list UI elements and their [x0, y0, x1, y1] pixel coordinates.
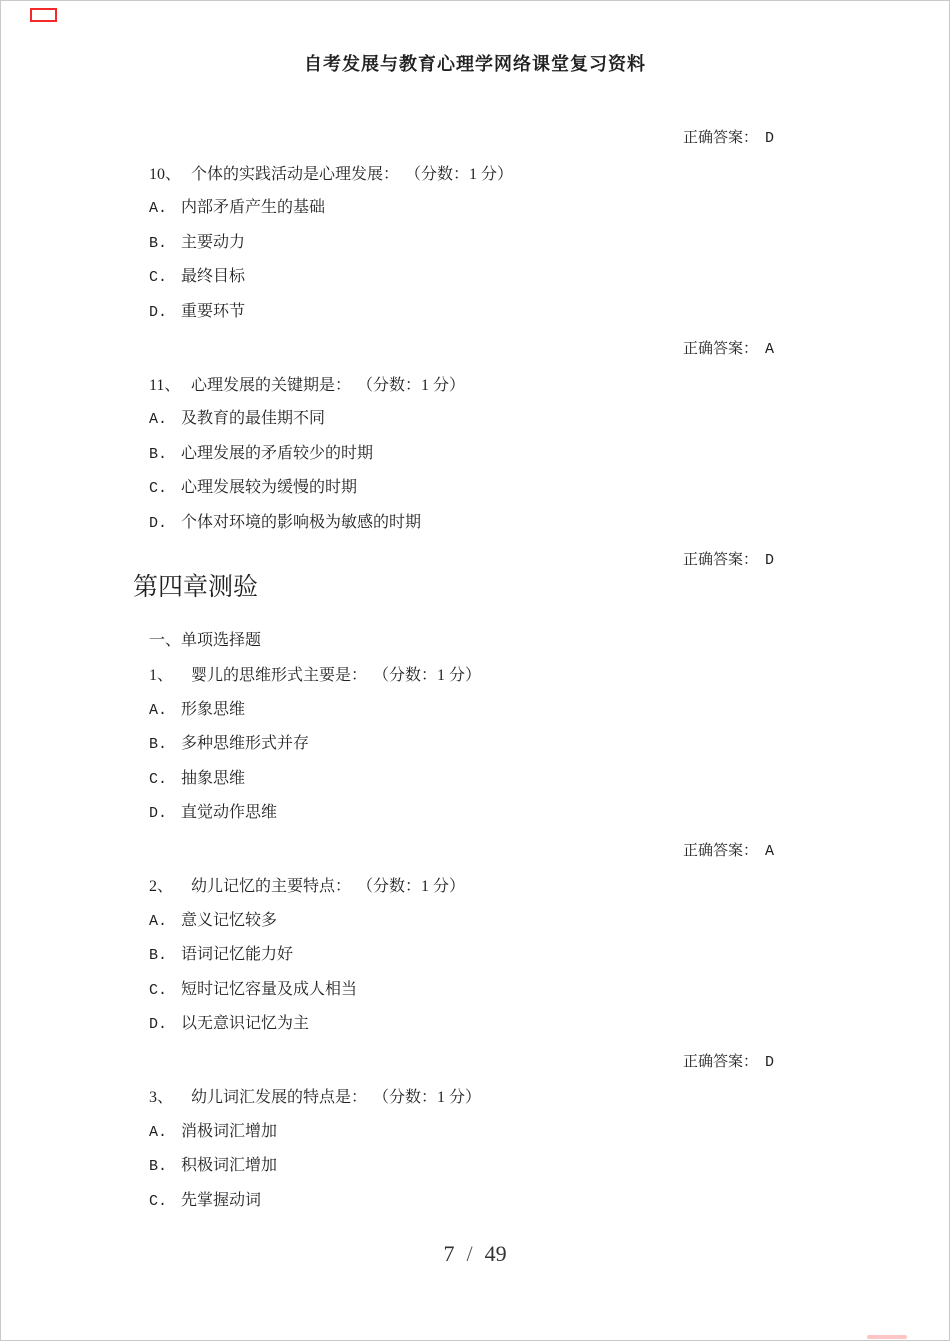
- question-number: 11、: [149, 369, 183, 403]
- question-score: （分数：1 分）: [413, 166, 513, 183]
- answer-label: 正确答案：: [683, 1054, 758, 1070]
- answer-label: 正确答案：: [683, 552, 758, 568]
- question-stem: 幼儿记忆的主要特点：: [191, 878, 351, 895]
- option-label: D.: [149, 797, 171, 831]
- option-text: 以无意识记忆为主: [181, 1015, 309, 1032]
- option-label: A.: [149, 694, 171, 728]
- option-text: 抽象思维: [181, 770, 245, 787]
- option-row: A.消极词汇增加: [149, 1115, 774, 1150]
- option-label: C.: [149, 1185, 171, 1219]
- option-text: 短时记忆容量及成人相当: [181, 981, 357, 998]
- option-row: D.以无意识记忆为主: [149, 1007, 774, 1042]
- question-block: 11、心理发展的关键期是：（分数：1 分） A.及教育的最佳期不同 B.心理发展…: [149, 369, 774, 578]
- option-row: D.重要环节: [149, 295, 774, 330]
- option-row: C.抽象思维: [149, 762, 774, 797]
- option-text: 意义记忆较多: [181, 912, 277, 929]
- question-stem: 幼儿词汇发展的特点是：: [191, 1089, 367, 1106]
- question-score: （分数：1 分）: [381, 667, 481, 684]
- option-row: B.多种思维形式并存: [149, 727, 774, 762]
- option-label: B.: [149, 227, 171, 261]
- option-text: 个体对环境的影响极为敏感的时期: [181, 514, 421, 531]
- question-number: 3、: [149, 1081, 183, 1115]
- answer-line: 正确答案：A: [149, 333, 774, 367]
- question-stem-line: 2、幼儿记忆的主要特点：（分数：1 分）: [149, 870, 774, 904]
- option-row: A.意义记忆较多: [149, 904, 774, 939]
- section-type-label: 一、单项选择题: [149, 624, 774, 658]
- question-block: 10、个体的实践活动是心理发展：（分数：1 分） A.内部矛盾产生的基础 B.主…: [149, 158, 774, 367]
- question-score: （分数：1 分）: [365, 377, 465, 394]
- question-stem: 婴儿的思维形式主要是：: [191, 667, 367, 684]
- question-stem-line: 1、婴儿的思维形式主要是：（分数：1 分）: [149, 659, 774, 693]
- option-label: B.: [149, 939, 171, 973]
- answer-line: 正确答案：D: [149, 1046, 774, 1080]
- option-row: D.直觉动作思维: [149, 796, 774, 831]
- answer-line: 正确答案：A: [149, 835, 774, 869]
- question-score: （分数：1 分）: [381, 1089, 481, 1106]
- option-text: 及教育的最佳期不同: [181, 410, 325, 427]
- option-label: C.: [149, 472, 171, 506]
- option-text: 重要环节: [181, 303, 245, 320]
- option-label: A.: [149, 1116, 171, 1150]
- option-row: C.最终目标: [149, 260, 774, 295]
- option-label: D.: [149, 296, 171, 330]
- option-label: C.: [149, 763, 171, 797]
- option-row: B.积极词汇增加: [149, 1149, 774, 1184]
- option-row: A.形象思维: [149, 693, 774, 728]
- page-number-indicator: 7/49: [1, 1240, 949, 1268]
- question-block: 3、幼儿词汇发展的特点是：（分数：1 分） A.消极词汇增加 B.积极词汇增加 …: [149, 1081, 774, 1218]
- option-row: D.个体对环境的影响极为敏感的时期: [149, 506, 774, 541]
- chapter-heading: 第四章测验: [133, 568, 774, 608]
- answer-label: 正确答案：: [683, 130, 758, 146]
- page-separator: /: [466, 1241, 472, 1266]
- option-row: A.内部矛盾产生的基础: [149, 191, 774, 226]
- answer-value: A: [765, 843, 774, 860]
- question-stem-line: 10、个体的实践活动是心理发展：（分数：1 分）: [149, 158, 774, 192]
- option-text: 主要动力: [181, 234, 245, 251]
- question-block: 2、幼儿记忆的主要特点：（分数：1 分） A.意义记忆较多 B.语词记忆能力好 …: [149, 870, 774, 1079]
- option-text: 心理发展的矛盾较少的时期: [181, 445, 373, 462]
- option-row: B.主要动力: [149, 226, 774, 261]
- option-label: D.: [149, 507, 171, 541]
- option-label: C.: [149, 974, 171, 1008]
- question-block: 1、婴儿的思维形式主要是：（分数：1 分） A.形象思维 B.多种思维形式并存 …: [149, 659, 774, 868]
- option-row: C.先掌握动词: [149, 1184, 774, 1219]
- answer-value: D: [765, 130, 774, 147]
- option-label: B.: [149, 438, 171, 472]
- option-row: B.语词记忆能力好: [149, 938, 774, 973]
- option-label: B.: [149, 728, 171, 762]
- option-row: C.短时记忆容量及成人相当: [149, 973, 774, 1008]
- answer-label: 正确答案：: [683, 341, 758, 357]
- option-label: D.: [149, 1008, 171, 1042]
- option-label: C.: [149, 261, 171, 295]
- option-row: C.心理发展较为缓慢的时期: [149, 471, 774, 506]
- document-page: 自考发展与教育心理学网络课堂复习资料 正确答案：D 10、个体的实践活动是心理发…: [0, 0, 950, 1341]
- option-text: 积极词汇增加: [181, 1157, 277, 1174]
- document-title: 自考发展与教育心理学网络课堂复习资料: [1, 51, 949, 77]
- option-label: A.: [149, 403, 171, 437]
- question-number: 10、: [149, 158, 183, 192]
- document-body: 正确答案：D 10、个体的实践活动是心理发展：（分数：1 分） A.内部矛盾产生…: [1, 122, 949, 1218]
- question-stem-line: 3、幼儿词汇发展的特点是：（分数：1 分）: [149, 1081, 774, 1115]
- answer-label: 正确答案：: [683, 843, 758, 859]
- question-score: （分数：1 分）: [365, 878, 465, 895]
- red-stamp-box-icon: [30, 8, 57, 22]
- option-text: 消极词汇增加: [181, 1123, 277, 1140]
- option-text: 多种思维形式并存: [181, 735, 309, 752]
- option-text: 最终目标: [181, 268, 245, 285]
- option-row: A.及教育的最佳期不同: [149, 402, 774, 437]
- option-row: B.心理发展的矛盾较少的时期: [149, 437, 774, 472]
- option-label: A.: [149, 192, 171, 226]
- total-page-count: 49: [485, 1241, 507, 1266]
- answer-value: D: [765, 552, 774, 569]
- option-text: 先掌握动词: [181, 1192, 261, 1209]
- option-text: 语词记忆能力好: [181, 946, 293, 963]
- answer-value: A: [765, 341, 774, 358]
- question-number: 1、: [149, 659, 183, 693]
- document-header: 自考发展与教育心理学网络课堂复习资料: [1, 1, 949, 77]
- question-stem-line: 11、心理发展的关键期是：（分数：1 分）: [149, 369, 774, 403]
- question-number: 2、: [149, 870, 183, 904]
- option-label: A.: [149, 905, 171, 939]
- corner-watermark-mark: [867, 1335, 907, 1339]
- option-label: B.: [149, 1150, 171, 1184]
- answer-line: 正确答案：D: [149, 122, 774, 156]
- option-text: 形象思维: [181, 701, 245, 718]
- option-text: 直觉动作思维: [181, 804, 277, 821]
- option-text: 心理发展较为缓慢的时期: [181, 479, 357, 496]
- question-stem: 个体的实践活动是心理发展：: [191, 166, 399, 183]
- current-page-number: 7: [443, 1241, 454, 1266]
- option-text: 内部矛盾产生的基础: [181, 199, 325, 216]
- question-stem: 心理发展的关键期是：: [191, 377, 351, 394]
- answer-value: D: [765, 1054, 774, 1071]
